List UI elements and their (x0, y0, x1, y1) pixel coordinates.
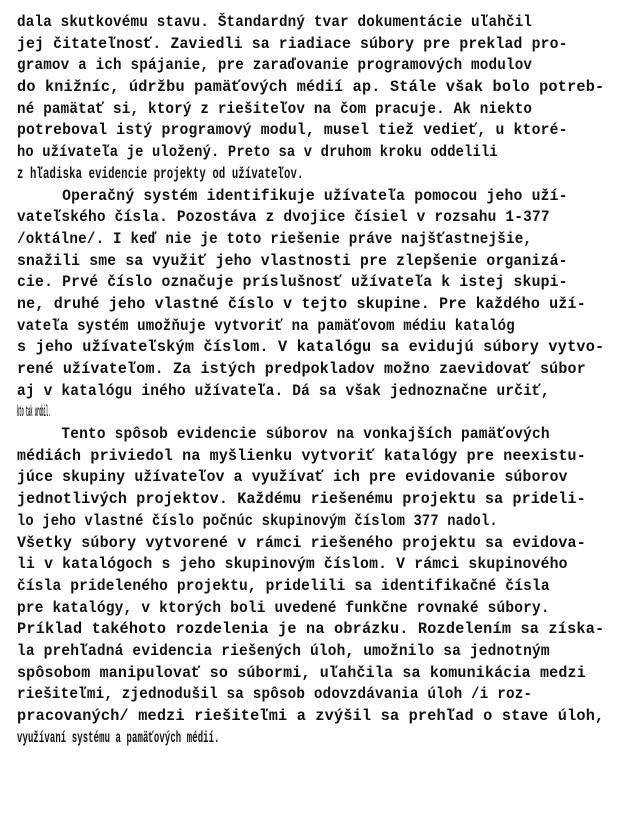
text-line: aj v katalógu iného užívateľa. Dá sa vša… (17, 381, 593, 403)
text-line: Operačný systém identifikuje užívateľa p… (17, 186, 603, 208)
text-line: júce skupiny užívateľov a využívať ich p… (17, 467, 603, 489)
text-line: Tento spôsob evidencie súborov na vonkaj… (17, 424, 593, 446)
text-line: riešiteľmi, zjednodušil sa spôsob odovzd… (17, 684, 583, 706)
text-line: do knižníc, údržbu pamäťových médií ap. … (17, 77, 622, 99)
text-line: la prehľadná evidencia riešených úloh, u… (17, 641, 593, 663)
text-line: čísla prideleného projektu, pridelili sa… (17, 576, 593, 598)
text-line: lo jeho vlastné číslo počnúc skupinovým … (17, 511, 564, 533)
text-line: z hľadiska evidencie projekty od užívate… (17, 164, 439, 186)
text-line: médiách priviedol na myšlienku vytvoriť … (17, 446, 612, 468)
text-line: s jeho užívateľským číslom. V katalógu s… (17, 337, 622, 359)
text-line: jej čitateľnosť. Zaviedli sa riadiace sú… (17, 34, 603, 56)
text-line: jednotlivých projektov. Každému riešeném… (17, 489, 612, 511)
text-line: využívaní systému a pamäťových médií. (17, 728, 372, 750)
text-line: cie. Prvé číslo označuje príslušnosť uží… (17, 272, 603, 294)
text-line: li v katalógoch s jeho skupinovým číslom… (17, 554, 603, 576)
typewritten-page: dala skutkovému stavu. Štandardný tvar d… (17, 12, 637, 749)
text-line: /oktálne/. I keď nie je toto riešenie pr… (17, 229, 583, 251)
text-line: pre katalógy, v ktorých boli uvedené fun… (17, 598, 593, 620)
text-line: kto tak urobil. (17, 402, 161, 424)
text-line: ho užívateľa je uložený. Preto sa v druh… (17, 142, 564, 164)
text-line: né pamätať si, ktorý z riešiteľov na čom… (17, 99, 583, 121)
text-line: vateľa systém umožňuje vytvoriť na pamäť… (17, 316, 574, 338)
text-line: ne, druhé jeho vlastné číslo v tejto sku… (17, 294, 612, 316)
text-line: gramov a ich spájanie, pre zaraďovanie p… (17, 55, 583, 77)
text-line: spôsobom manipulovať so súbormi, uľahčil… (17, 663, 612, 685)
text-line: dala skutkovému stavu. Štandardný tvar d… (17, 12, 583, 34)
text-line: rené užívateľom. Za istých predpokladov … (17, 359, 612, 381)
text-line: vateľského čísla. Pozostáva z dvojice čí… (17, 207, 593, 229)
text-line: pracovaných/ medzi riešiteľmi a zvýšil s… (17, 706, 622, 728)
text-line: potreboval istý programový modul, musel … (17, 120, 603, 142)
text-line: snažili sme sa využiť jeho vlastnosti pr… (17, 251, 603, 273)
text-line: Všetky súbory vytvorené v rámci riešenéh… (17, 533, 612, 555)
text-line: Príklad takéhoto rozdelenia je na obrázk… (17, 619, 622, 641)
